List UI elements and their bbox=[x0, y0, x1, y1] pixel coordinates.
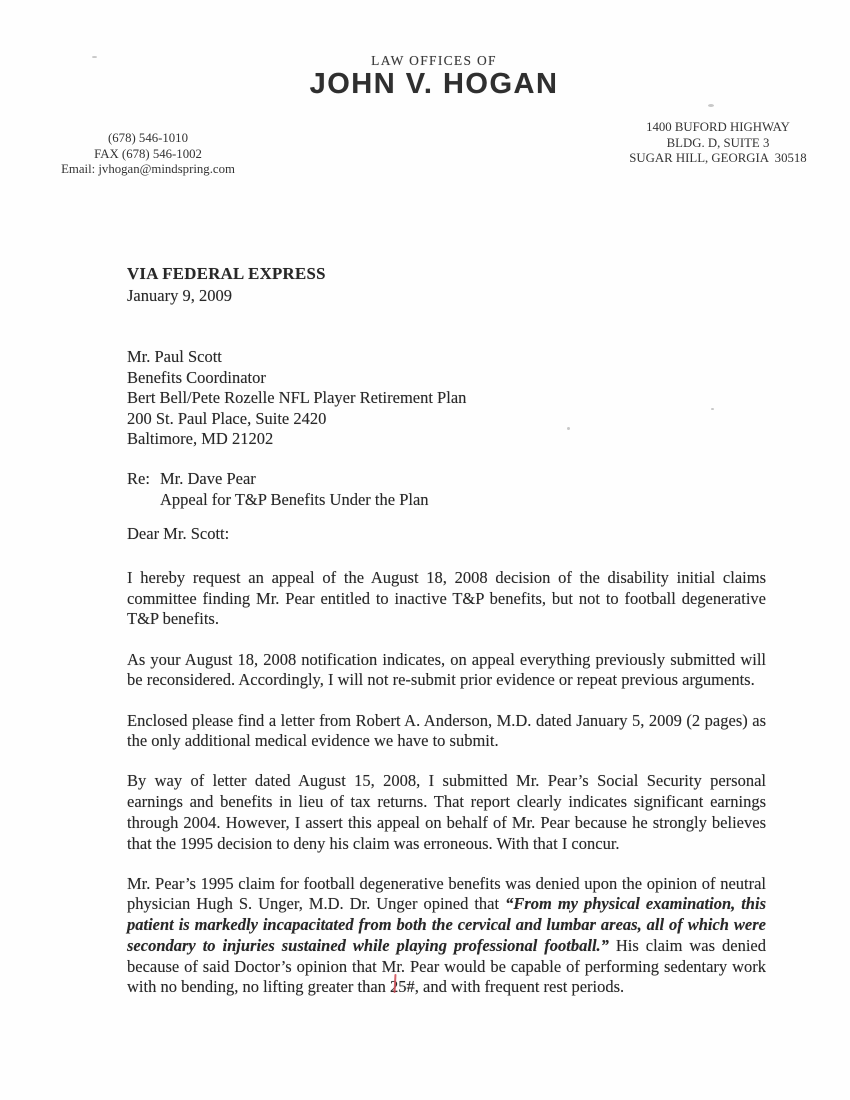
scanned-letter-page: LAW OFFICES OF JOHN V. HOGAN (678) 546-1… bbox=[0, 0, 850, 1100]
paragraph: As your August 18, 2008 notification ind… bbox=[127, 650, 766, 691]
text-segment: I hereby request an appeal of the August… bbox=[127, 568, 766, 628]
letterhead-phone: (678) 546-1010 bbox=[38, 131, 258, 147]
text-segment: By way of letter dated August 15, 2008, … bbox=[127, 771, 766, 852]
letterhead-attorney-name: JOHN V. HOGAN bbox=[9, 68, 850, 101]
letterhead-address-line1: 1400 BUFORD HIGHWAY bbox=[608, 120, 828, 136]
delivery-method: VIA FEDERAL EXPRESS bbox=[127, 264, 326, 284]
recipient-line: Baltimore, MD 21202 bbox=[127, 429, 466, 450]
scan-speck bbox=[708, 104, 714, 107]
re-subject-name: Mr. Dave Pear bbox=[160, 469, 256, 488]
letter-date: January 9, 2009 bbox=[127, 286, 232, 306]
re-line2: Appeal for T&P Benefits Under the Plan bbox=[160, 490, 429, 511]
letterhead-office-line: LAW OFFICES OF bbox=[9, 53, 850, 69]
re-label: Re: bbox=[127, 469, 160, 490]
text-segment: As your August 18, 2008 notification ind… bbox=[127, 650, 766, 690]
recipient-line: 200 St. Paul Place, Suite 2420 bbox=[127, 409, 466, 430]
re-line1: Re:Mr. Dave Pear bbox=[127, 469, 429, 490]
paragraph: Mr. Pear’s 1995 claim for football degen… bbox=[127, 874, 766, 998]
recipient-address-block: Mr. Paul ScottBenefits CoordinatorBert B… bbox=[127, 347, 466, 450]
text-segment: Enclosed please find a letter from Rober… bbox=[127, 711, 766, 751]
text-segment: 5#, and with frequent rest periods. bbox=[398, 977, 624, 996]
paragraph: Enclosed please find a letter from Rober… bbox=[127, 711, 766, 752]
letterhead-fax: FAX (678) 546-1002 bbox=[38, 147, 258, 163]
scan-speck bbox=[711, 408, 714, 410]
recipient-line: Benefits Coordinator bbox=[127, 368, 466, 389]
re-block: Re:Mr. Dave Pear Appeal for T&P Benefits… bbox=[127, 469, 429, 510]
letterhead-address-line3: SUGAR HILL, GEORGIA 30518 bbox=[608, 151, 828, 167]
letter-body: I hereby request an appeal of the August… bbox=[127, 568, 766, 1017]
letterhead-contact-block: (678) 546-1010 FAX (678) 546-1002 Email:… bbox=[38, 131, 258, 178]
recipient-line: Bert Bell/Pete Rozelle NFL Player Retire… bbox=[127, 388, 466, 409]
letterhead-address-block: 1400 BUFORD HIGHWAY BLDG. D, SUITE 3 SUG… bbox=[608, 120, 828, 167]
scan-speck bbox=[92, 56, 97, 58]
paragraph: I hereby request an appeal of the August… bbox=[127, 568, 766, 630]
scan-speck bbox=[567, 427, 570, 430]
salutation: Dear Mr. Scott: bbox=[127, 524, 229, 544]
text-segment-red-overstrike: 2 bbox=[390, 977, 398, 998]
letterhead-email: Email: jvhogan@mindspring.com bbox=[38, 162, 258, 178]
recipient-line: Mr. Paul Scott bbox=[127, 347, 466, 368]
letterhead-address-line2: BLDG. D, SUITE 3 bbox=[608, 136, 828, 152]
paragraph: By way of letter dated August 15, 2008, … bbox=[127, 771, 766, 854]
